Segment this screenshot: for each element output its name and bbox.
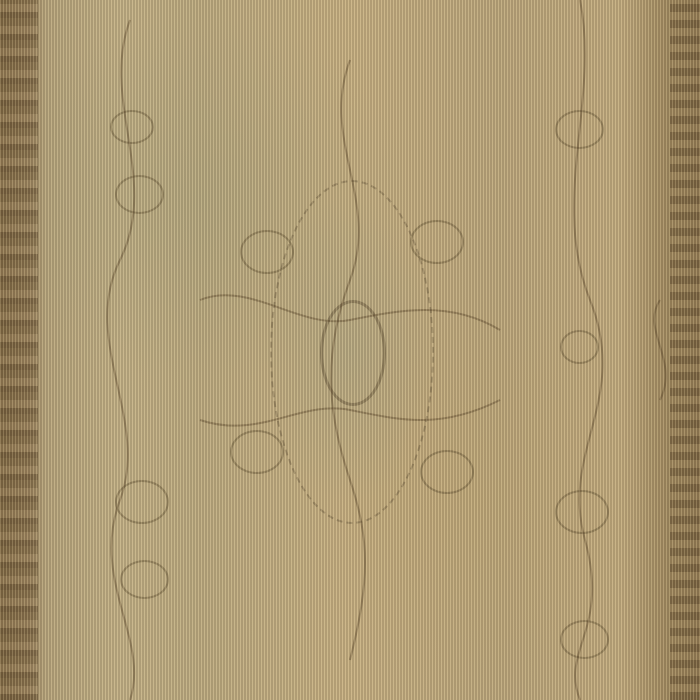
rug-image	[0, 0, 700, 700]
weave-texture	[0, 0, 700, 700]
